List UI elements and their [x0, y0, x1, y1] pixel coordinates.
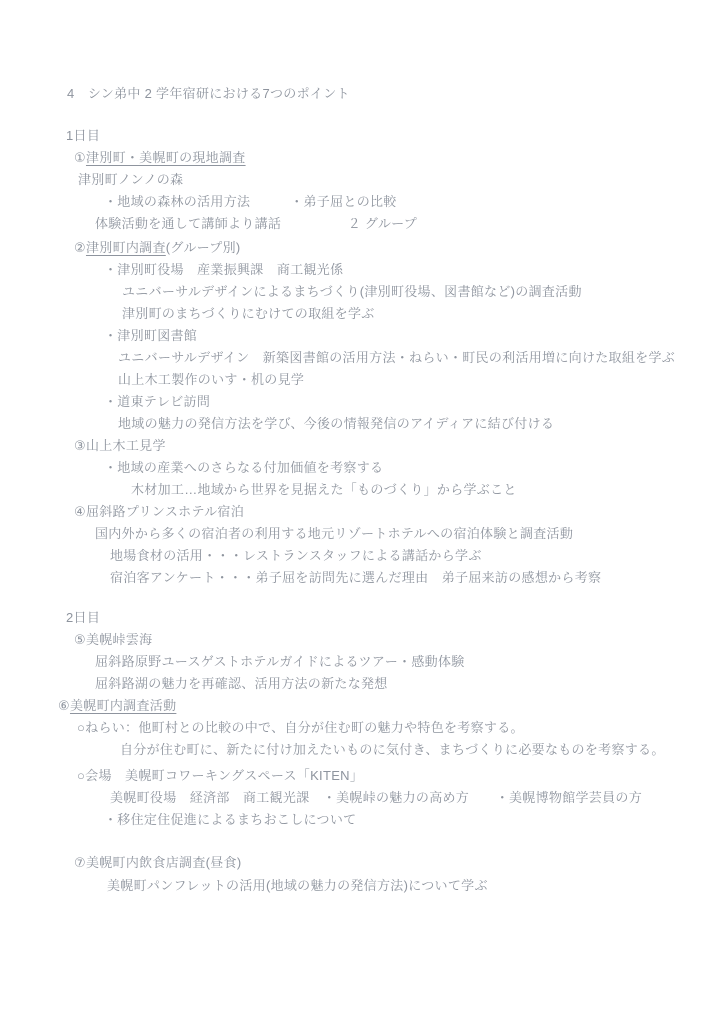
item6-venue-line: ○会場 美幌町コワーキングスペース「KITEN」 — [77, 768, 363, 784]
item1-heading: ①津別町・美幌町の現地調査 — [74, 150, 246, 166]
item2-suffix: (グループ別) — [166, 240, 241, 255]
item5-detail2-line: 屈斜路湖の魅力を再確認、活用方法の新たな発想 — [95, 676, 388, 692]
item6-venue-detail1-line: 美幌町役場 経済部 商工観光課 ・美幌峠の魅力の高め方 ・美幌博物館学芸員の方 — [110, 790, 642, 806]
item6-aim2-line: 自分が住む町に、新たに付け加えたいものに気付き、まちづくりに必要なものを考察する… — [120, 742, 665, 758]
document-page: 4 シン弟中 2 学年宿研における7つのポイント 1日目 ①津別町・美幌町の現地… — [0, 0, 724, 1024]
nonno-site-line: 津別町ノンノの森 — [78, 172, 183, 188]
day1-header: 1日目 — [66, 128, 100, 144]
page-title: 4 シン弟中 2 学年宿研における7つのポイント — [67, 86, 350, 102]
tv-detail-line: 地域の魅力の発信方法を学び、今後の情報発信のアイディアに結び付ける — [118, 416, 554, 432]
townhall-detail1-line: ユニバーサルデザインによるまちづくり(津別町役場、図書館など)の調査活動 — [122, 284, 582, 300]
item2-title: 津別町内調査 — [86, 240, 166, 255]
item5-heading: ⑤美幌峠雲海 — [74, 632, 152, 648]
item7-detail-line: 美幌町パンフレットの活用(地域の魅力の発信方法)について学ぶ — [107, 878, 488, 894]
item7-heading: ⑦美幌町内飲食店調査(昼食) — [74, 855, 242, 871]
item3-heading: ③山上木工見学 — [74, 438, 166, 454]
item3-detail1-line: ・地域の産業へのさらなる付加価値を考察する — [104, 460, 383, 476]
item4-detail1-line: 国内外から多くの宿泊者の利用する地元リゾートホテルへの宿泊体験と調査活動 — [95, 526, 573, 542]
library-line: ・津別町図書館 — [104, 328, 197, 344]
item6-number: ⑥ — [58, 698, 70, 713]
item4-detail2-line: 地場食材の活用・・・レストランスタッフによる講話から学ぶ — [110, 548, 482, 564]
nonno-points-line: ・地域の森林の活用方法 ・弟子屈との比較 — [104, 194, 397, 210]
item4-detail3-line: 宿泊客アンケート・・・弟子屈を訪問先に選んだ理由 弟子屈来訪の感想から考察 — [110, 570, 601, 586]
item6-title: 美幌町内調査活動 — [70, 698, 176, 713]
item3-detail2-line: 木材加工…地域から世界を見据えた「ものづくり」から学ぶこと — [131, 482, 517, 498]
item6-aim1-line: ○ねらい：他町村との比較の中で、自分が住む町の魅力や特色を考察する。 — [77, 720, 524, 736]
item4-heading: ④屈斜路プリンスホテル宿泊 — [74, 504, 244, 520]
item1-number: ① — [74, 150, 86, 165]
library-detail1-line: ユニバーサルデザイン 新築図書館の活用方法・ねらい・町民の利活用増に向けた取組を… — [118, 350, 675, 366]
item2-number: ② — [74, 240, 86, 255]
item6-venue-detail2-line: ・移住定住促進によるまちおこしについて — [104, 812, 356, 828]
day2-header: 2日目 — [66, 610, 100, 626]
item1-title: 津別町・美幌町の現地調査 — [86, 150, 246, 165]
townhall-line: ・津別町役場 産業振興課 商工観光係 — [104, 262, 343, 278]
townhall-detail2-line: 津別町のまちづくりにむけての取組を学ぶ — [122, 306, 375, 322]
nonno-lecture-line: 体験活動を通して講師より講話 ２ グループ — [95, 216, 417, 232]
tv-line: ・道東テレビ訪問 — [104, 394, 210, 410]
item5-detail1-line: 屈斜路原野ユースゲストホテルガイドによるツアー・感動体験 — [95, 654, 465, 670]
library-detail2-line: 山上木工製作のいす・机の見学 — [118, 372, 304, 388]
item2-heading: ②津別町内調査(グループ別) — [74, 240, 241, 256]
item6-heading: ⑥美幌町内調査活動 — [58, 698, 176, 714]
